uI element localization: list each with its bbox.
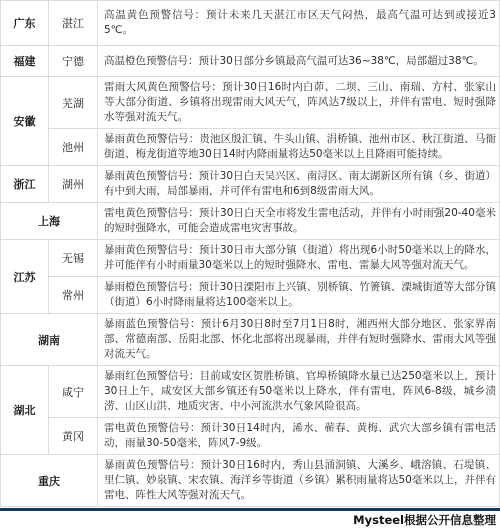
province-jiangsu: 江苏 [1, 240, 49, 314]
warning-text: 高温黄色预警信号：预计未来几天湛江市区天气闷热，最高气温可达到或接近35℃。 [98, 1, 500, 46]
city-huzhou: 湖州 [49, 166, 98, 203]
attribution-text: Mysteel根据公开信息整理 [0, 511, 500, 529]
province-shanghai: 上海 [1, 203, 98, 240]
table-row: 重庆 暴雨黄色预警信号：预计30日16时内，秀山县涌洞镇、大溪乡、峨溶镇、石堤镇… [1, 455, 500, 507]
warning-text: 暴雨橙色预警信号：预计30日溧阳市上兴镇、别桥镇、竹箦镇、溧城街道等大部分镇（街… [98, 277, 500, 314]
warning-text: 雷雨大风黄色预警信号：预计30日16时内白茆、二坝、三山、南瑞、方村、张家山等大… [98, 77, 500, 129]
table-row: 常州 暴雨橙色预警信号：预计30日溧阳市上兴镇、别桥镇、竹箦镇、溧城街道等大部分… [1, 277, 500, 314]
table-row: 安徽 芜湖 雷雨大风黄色预警信号：预计30日16时内白茆、二坝、三山、南瑞、方村… [1, 77, 500, 129]
warning-text: 暴雨黄色预警信号：预计30日白天吴兴区、南浔区、南太湖新区所有镇（乡、街道）有中… [98, 166, 500, 203]
weather-warning-page: 广东 湛江 高温黄色预警信号：预计未来几天湛江市区天气闷热，最高气温可达到或接近… [0, 0, 500, 529]
table-row: 福建 宁德 高温橙色预警信号：预计30日部分乡镇最高气温可达36~38℃，局部超… [1, 46, 500, 77]
city-wuxi: 无锡 [49, 240, 98, 277]
province-fujian: 福建 [1, 46, 49, 77]
city-zhanjiang: 湛江 [49, 1, 98, 46]
table-row: 上海 雷电黄色预警信号：预计30日白天全市将发生雷电活动，并伴有小时雨强20-4… [1, 203, 500, 240]
table-row: 湖北 咸宁 暴雨红色预警信号：目前咸安区贺胜桥镇、官埠桥镇降水量已达250毫米以… [1, 366, 500, 418]
table-row: 江苏 无锡 暴雨黄色预警信号：预计30日市大部分镇（街道）将出现6小时50毫米以… [1, 240, 500, 277]
warning-text: 暴雨红色预警信号：目前咸安区贺胜桥镇、官埠桥镇降水量已达250毫米以上，预计30… [98, 366, 500, 418]
warning-text: 高温橙色预警信号：预计30日部分乡镇最高气温可达36~38℃，局部超过38℃。 [98, 46, 500, 77]
province-guangdong: 广东 [1, 1, 49, 46]
warning-text: 雷电黄色预警信号：预计30日14时内，浠水、蕲春、黄梅、武穴大部乡镇有雷电活动，… [98, 418, 500, 455]
warning-text: 暴雨黄色预警信号：预计30日市大部分镇（街道）将出现6小时50毫米以上的降水，并… [98, 240, 500, 277]
city-changzhou: 常州 [49, 277, 98, 314]
province-hunan: 湖南 [1, 314, 98, 366]
warning-text: 暴雨黄色预警信号：贵池区殷汇镇、牛头山镇、涓桥镇、池州市区、秋江街道、马衙街道、… [98, 129, 500, 166]
city-chizhou: 池州 [49, 129, 98, 166]
city-xianning: 咸宁 [49, 366, 98, 418]
table-row: 黄冈 雷电黄色预警信号：预计30日14时内，浠水、蕲春、黄梅、武穴大部乡镇有雷电… [1, 418, 500, 455]
warning-text: 暴雨蓝色预警信号：预计6月30日8时至7月1日8时，湘西州大部分地区、张家界南部… [98, 314, 500, 366]
warnings-table: 广东 湛江 高温黄色预警信号：预计未来几天湛江市区天气闷热，最高气温可达到或接近… [0, 0, 500, 507]
province-anhui: 安徽 [1, 77, 49, 166]
table-row: 池州 暴雨黄色预警信号：贵池区殷汇镇、牛头山镇、涓桥镇、池州市区、秋江街道、马衙… [1, 129, 500, 166]
table-row: 浙江 湖州 暴雨黄色预警信号：预计30日白天吴兴区、南浔区、南太湖新区所有镇（乡… [1, 166, 500, 203]
city-wuhu: 芜湖 [49, 77, 98, 129]
city-ningde: 宁德 [49, 46, 98, 77]
city-huanggang: 黄冈 [49, 418, 98, 455]
province-chongqing: 重庆 [1, 455, 98, 507]
table-row: 广东 湛江 高温黄色预警信号：预计未来几天湛江市区天气闷热，最高气温可达到或接近… [1, 1, 500, 46]
warning-text: 雷电黄色预警信号：预计30日白天全市将发生雷电活动，并伴有小时雨强20-40毫米… [98, 203, 500, 240]
province-zhejiang: 浙江 [1, 166, 49, 203]
warning-text: 暴雨黄色预警信号：预计30日16时内，秀山县涌洞镇、大溪乡、峨溶镇、石堤镇、里仁… [98, 455, 500, 507]
table-row: 湖南 暴雨蓝色预警信号：预计6月30日8时至7月1日8时，湘西州大部分地区、张家… [1, 314, 500, 366]
province-hubei: 湖北 [1, 366, 49, 455]
